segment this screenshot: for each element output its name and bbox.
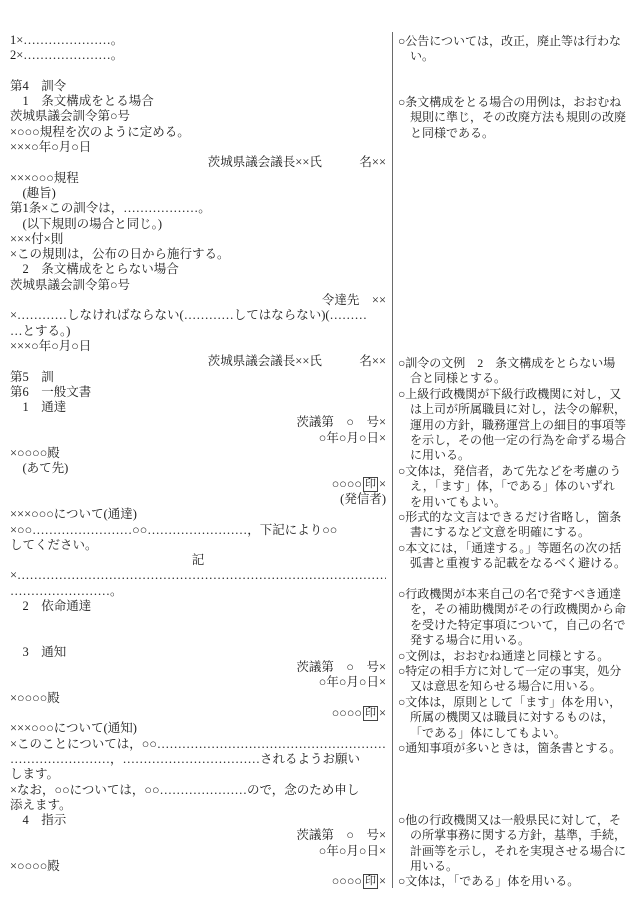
document-line: 2 依命通達 xyxy=(10,599,386,614)
annotation-note: ○文体は，原則として「ます」体を用い，所属の機関又は職員に対するものは，「である… xyxy=(398,695,626,741)
column-divider xyxy=(392,32,393,888)
document-line: ×○○○○殿 xyxy=(10,446,386,461)
document-line: ×この規則は，公布の日から施行する。 xyxy=(10,247,386,262)
document-line: (あて先) xyxy=(10,461,386,476)
annotation-note: ○条文構成をとる場合の用例は，おおむね規則に準じ，その改廃方法も規則の改廃と同様… xyxy=(398,95,626,141)
document-line: …とする。) xyxy=(10,324,386,339)
document-line xyxy=(10,614,386,629)
document-line: (以下規則の場合と同じ。) xyxy=(10,217,386,232)
document-line: 第5 訓 xyxy=(10,370,386,385)
document-line: ×××付×則 xyxy=(10,232,386,247)
document-line: ○○○○印× xyxy=(10,874,386,889)
document-line: (発信者) xyxy=(10,492,386,507)
document-line: ×○○○○殿 xyxy=(10,691,386,706)
document-line: 茨議第 ○ 号× xyxy=(10,828,386,843)
document-line: ○年○月○日× xyxy=(10,431,386,446)
document-line: 茨城県議会訓令第○号 xyxy=(10,109,386,124)
document-line: ×なお，○○については，○○…………………ので，念のため申し xyxy=(10,783,386,798)
document-line: 茨城県議会議長××氏 名×× xyxy=(10,354,386,369)
sender-placeholder: ○○○○ xyxy=(332,874,362,888)
document-line: ○○○○印× xyxy=(10,706,386,721)
document-line: 2×…………………。 xyxy=(10,48,386,63)
document-line: 茨議第 ○ 号× xyxy=(10,415,386,430)
document-line: ×××○○○規程 xyxy=(10,171,386,186)
seal-suffix: × xyxy=(379,706,386,720)
document-line: ×××○○○について(通達) xyxy=(10,507,386,522)
document-line: 令達先 ×× xyxy=(10,293,386,308)
annotation-note: ○文例は，おおむね通達と同様とする。 xyxy=(398,649,626,664)
seal-suffix: × xyxy=(379,874,386,888)
document-line: 2 条文構成をとらない場合 xyxy=(10,262,386,277)
document-line: 3 通知 xyxy=(10,645,386,660)
document-line: ×…………しなければならない(…………してはならない)(……… xyxy=(10,308,386,323)
annotations-column: ○公告については，改正，廃止等は行わない。○条文構成をとる場合の用例は，おおむね… xyxy=(398,0,628,915)
document-line: ○年○月○日× xyxy=(10,844,386,859)
seal-icon: 印 xyxy=(363,706,378,721)
document-line: ……………………，……………………………されるようお願い xyxy=(10,752,386,767)
document-line: ×××○○○について(通知) xyxy=(10,721,386,736)
document-line: してください。 xyxy=(10,538,386,553)
document-line: (趣旨) xyxy=(10,186,386,201)
document-line: ……………………。 xyxy=(10,584,386,599)
document-line: ×○○○○殿 xyxy=(10,859,386,874)
document-line: 1 通達 xyxy=(10,400,386,415)
annotation-note: ○行政機関が本来自己の名で発すべき通達を，その補助機関がその行政機関から命を受け… xyxy=(398,587,626,648)
sender-placeholder: ○○○○ xyxy=(332,706,362,720)
page: 1×…………………。2×…………………。第4 訓令 1 条文構成をとる場合茨城県… xyxy=(0,0,630,915)
document-line xyxy=(10,630,386,645)
document-line: 1×…………………。 xyxy=(10,33,386,48)
annotation-note: ○特定の相手方に対して一定の事実，処分又は意思を知らせる場合に用いる。 xyxy=(398,664,626,695)
seal-suffix: × xyxy=(379,477,386,491)
document-line: ○○○○印× xyxy=(10,477,386,492)
document-line: ×××○年○月○日 xyxy=(10,339,386,354)
annotation-note: ○本文には，「通達する。」等題名の次の括弧書と重複する記載をなるべく避ける。 xyxy=(398,541,626,572)
document-line xyxy=(10,64,386,79)
annotation-note: ○文体は，「である」体を用いる。 xyxy=(398,874,626,889)
annotation-note: ○他の行政機関又は一般県民に対して，その所掌事務に関する方針，基準，手続，計画等… xyxy=(398,813,626,874)
document-line: 第4 訓令 xyxy=(10,79,386,94)
annotation-note: ○形式的な文言はできるだけ省略し，箇条書にするなど文意を明確にする。 xyxy=(398,510,626,541)
document-line: 1 条文構成をとる場合 xyxy=(10,94,386,109)
document-line: ○年○月○日× xyxy=(10,675,386,690)
document-line: 茨城県議会議長××氏 名×× xyxy=(10,155,386,170)
seal-icon: 印 xyxy=(363,874,378,889)
document-line: 第6 一般文書 xyxy=(10,385,386,400)
annotation-note: ○通知事項が多いときは，箇条書とする。 xyxy=(398,741,626,756)
annotation-note: ○訓令の文例 2 条文構成をとらない場合と同様とする。 xyxy=(398,356,626,387)
document-line: ×………………………………………………………………………………………………… xyxy=(10,568,386,583)
document-line: 茨議第 ○ 号× xyxy=(10,660,386,675)
document-line: ×このことについては，○○………………………………………………… xyxy=(10,737,386,752)
document-line: 4 指示 xyxy=(10,813,386,828)
annotation-note: ○上級行政機関が下級行政機関に対し，又は上司が所属職員に対し，法令の解釈，運用の… xyxy=(398,387,626,463)
document-line: 添えます。 xyxy=(10,798,386,813)
document-line: 茨城県議会訓令第○号 xyxy=(10,278,386,293)
document-line: ×○○○規程を次のように定める。 xyxy=(10,125,386,140)
document-line: ×○○……………………○○……………………，下記により○○ xyxy=(10,523,386,538)
seal-icon: 印 xyxy=(363,477,378,492)
left-column: 1×…………………。2×…………………。第4 訓令 1 条文構成をとる場合茨城県… xyxy=(10,33,386,890)
document-line: 記 xyxy=(10,553,386,568)
annotation-note: ○文体は，発信者，あて先などを考慮のうえ，「ます」体，「である」体のいずれを用い… xyxy=(398,464,626,510)
annotation-note: ○公告については，改正，廃止等は行わない。 xyxy=(398,34,626,65)
document-line: します。 xyxy=(10,767,386,782)
document-line: ×××○年○月○日 xyxy=(10,140,386,155)
sender-placeholder: ○○○○ xyxy=(332,477,362,491)
document-line: 第1条×この訓令は，………………。 xyxy=(10,201,386,216)
